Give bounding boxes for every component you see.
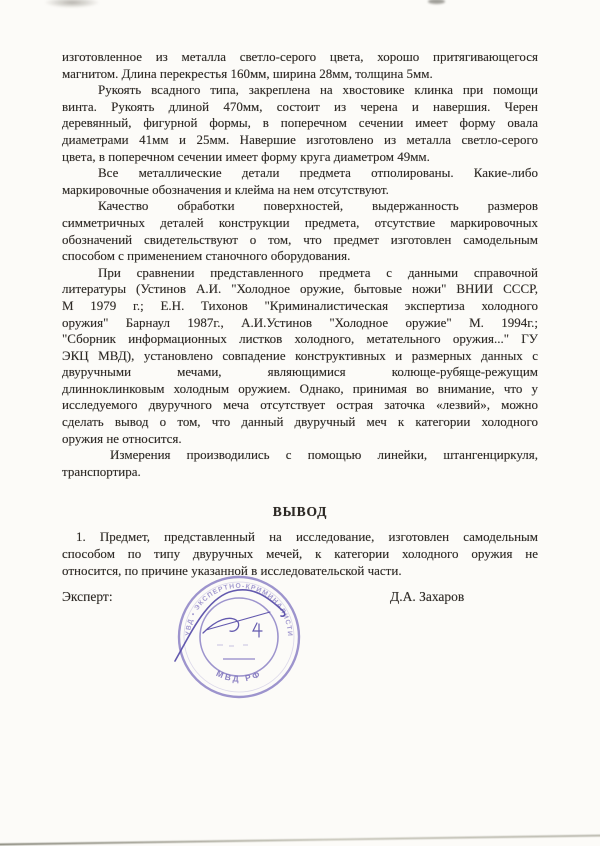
scan-mark-top-right [428, 0, 445, 4]
text-line: литературы (Устинов А.И. "Холодное оружи… [62, 281, 538, 298]
text-line: деревянный, фигурной формы, в поперечном… [62, 115, 538, 132]
expert-name: Д.А. Захаров [390, 589, 464, 605]
scan-smudge-top-left [44, 0, 100, 8]
text-line: оружия не относится. [62, 431, 538, 448]
text-line: обозначений свидетельствуют о том, что п… [62, 232, 538, 249]
text-line: двуручными мечами, являющимися колюще-ру… [62, 364, 538, 381]
text-line: магнитом. Длина перекрестья 160мм, ширин… [62, 66, 538, 83]
round-stamp: УВД • ЭКСПЕРТНО-КРИМИНАЛИСТИЧЕСКИЙ ЦЕНТР… [173, 571, 305, 703]
text-line: Все металлические детали предмета отполи… [62, 165, 538, 182]
svg-text:МВД РФ: МВД РФ [215, 668, 264, 684]
text-line: ЭКЦ МВД), установлено совпадение констру… [62, 348, 538, 365]
text-line: М 1979 г.; Е.Н. Тихонов "Криминалистичес… [62, 298, 538, 315]
text-line: винта. Рукоять длиной 470мм, состоит из … [62, 99, 538, 116]
stamp-inner-marks [217, 645, 248, 646]
text-line: "Сборник информационных листков холодног… [62, 331, 538, 348]
text-line: Рукоять всадного типа, закреплена на хво… [62, 82, 538, 99]
text-line: оружия" Барнаул 1987г., А.И.Устинов "Хол… [62, 315, 538, 332]
text-line: способом с применением станочного оборуд… [62, 248, 538, 265]
stamp-mvd-text: МВД РФ [215, 668, 264, 684]
text-line: способом по типу двуручных мечей, к кате… [62, 545, 538, 562]
text-line: длинноклинковым холодным оружием. Однако… [62, 381, 538, 398]
expert-label: Эксперт: [62, 589, 113, 605]
text-line: диаметрами 41мм и 25мм. Навершие изготов… [62, 132, 538, 149]
text-line: изготовленное из металла светло-серого ц… [62, 49, 538, 66]
text-line: Качество обработки поверхностей, выдержа… [62, 198, 538, 215]
document-page: изготовленное из металла светло-серого ц… [0, 0, 600, 846]
text-line: При сравнении представленного предмета с… [62, 265, 538, 282]
text-line: маркировочные обозначения и клейма на не… [62, 182, 538, 199]
text-line: сделать вывод о том, что данный двуручны… [62, 414, 538, 431]
text-line: симметричных деталей конструкции предмет… [62, 215, 538, 232]
text-line: 1. Предмет, представленный на исследован… [62, 528, 538, 545]
text-line: исследуемого двуручного меча отсутствует… [62, 397, 538, 414]
body-text: изготовленное из металла светло-серого ц… [62, 49, 538, 480]
text-line: транспортира. [62, 464, 538, 481]
conclusion-heading: ВЫВОД [62, 504, 538, 520]
text-line: цвета, в поперечном сечении имеет форму … [62, 149, 538, 166]
text-line: Измерения производились с помощью линейк… [62, 447, 538, 464]
stamp-graphic: УВД • ЭКСПЕРТНО-КРИМИНАЛИСТИЧЕСКИЙ ЦЕНТР… [173, 571, 305, 703]
stamp-inner-circle [200, 598, 278, 676]
scanner-edge-line [0, 834, 600, 845]
